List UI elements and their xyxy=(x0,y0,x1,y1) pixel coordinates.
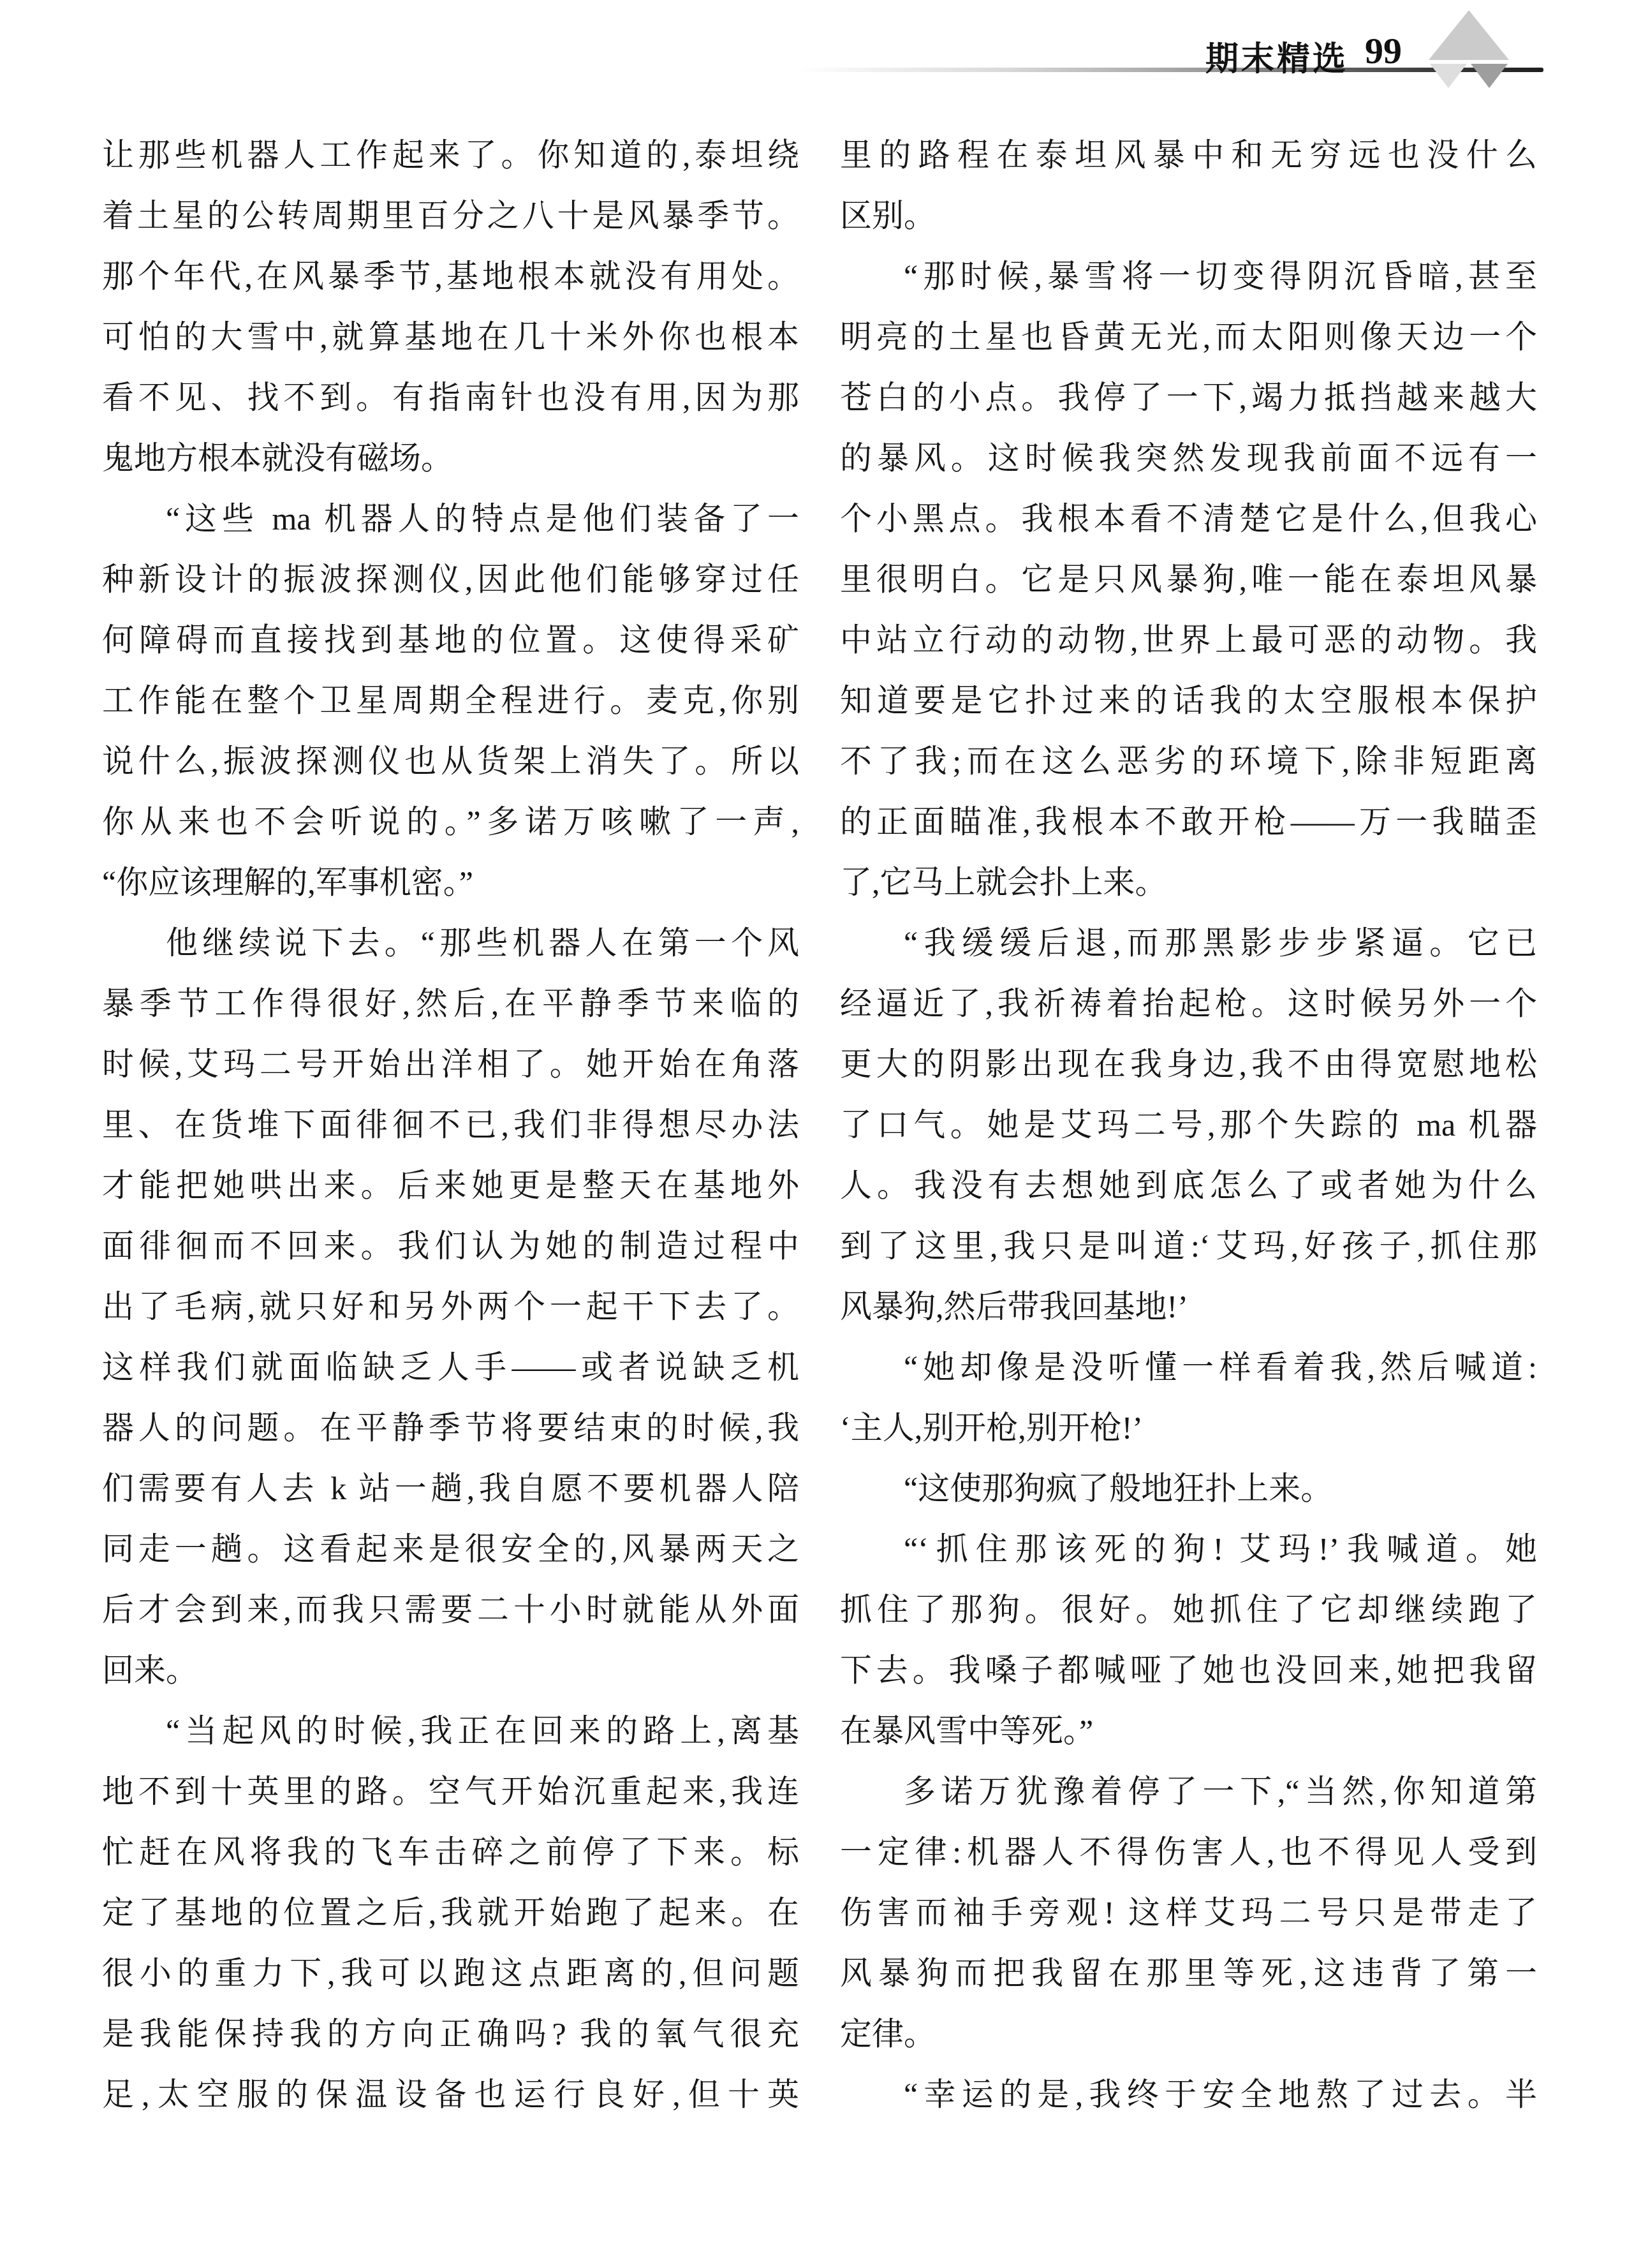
text-line: 你从来也不会听说的。”多诺万咳嗽了一声, xyxy=(102,792,799,852)
text-line: 经逼近了,我祈祷着抬起枪。这时候另外一个 xyxy=(840,974,1537,1034)
text-line: 那个年代,在风暴季节,基地根本就没有用处。 xyxy=(102,246,799,307)
text-line: 这样我们就面临缺乏人手——或者说缺乏机 xyxy=(102,1337,799,1398)
paragraph: “当起风的时候,我正在回来的路上,离基地不到十英里的路。空气开始沉重起来,我连忙… xyxy=(102,1701,799,2125)
text-line: 器人的问题。在平静季节将要结束的时候,我 xyxy=(102,1398,799,1458)
text-line: 鬼地方根本就没有磁场。 xyxy=(102,428,799,489)
text-line: 了口气。她是艾玛二号,那个失踪的 ma 机器 xyxy=(840,1095,1537,1155)
text-line: 暴季节工作得很好,然后,在平静季节来临的 xyxy=(102,974,799,1034)
text-line: 让那些机器人工作起来了。你知道的,泰坦绕 xyxy=(102,125,799,186)
text-line: 中站立行动的动物,世界上最可恶的动物。我 xyxy=(840,610,1537,671)
text-line: 出了毛病,就只好和另外两个一起干下去了。 xyxy=(102,1277,799,1337)
text-line: 里很明白。它是只风暴狗,唯一能在泰坦风暴 xyxy=(840,549,1537,610)
text-line: 地不到十英里的路。空气开始沉重起来,我连 xyxy=(102,1761,799,1822)
text-line: 足,太空服的保温设备也运行良好,但十英 xyxy=(102,2064,799,2125)
text-line: 风暴狗,然后带我回基地!’ xyxy=(840,1277,1537,1337)
page-number: 99 xyxy=(1365,29,1402,72)
text-line: 可怕的大雪中,就算基地在几十米外你也根本 xyxy=(102,307,799,367)
text-line: 他继续说下去。“那些机器人在第一个风 xyxy=(102,913,799,974)
text-line: ‘主人,别开枪,别开枪!’ xyxy=(840,1398,1537,1458)
text-line: 知道要是它扑过来的话我的太空服根本保护 xyxy=(840,671,1537,731)
text-line: 工作能在整个卫星周期全程进行。麦克,你别 xyxy=(102,671,799,731)
text-line: 明亮的土星也昏黄无光,而太阳则像天边一个 xyxy=(840,307,1537,367)
text-column-right: 里的路程在泰坦风暴中和无穷远也没什么区别。“那时候,暴雪将一切变得阴沉昏暗,甚至… xyxy=(840,125,1537,2125)
text-line: 个小黑点。我根本看不清楚它是什么,但我心 xyxy=(840,489,1537,549)
text-line: 定了基地的位置之后,我就开始跑了起来。在 xyxy=(102,1883,799,1943)
text-line: “‘抓住那该死的狗! 艾玛!’我喊道。她 xyxy=(840,1519,1537,1580)
header-section-title: 期末精选 xyxy=(1205,32,1348,80)
text-line: 们需要有人去 k 站一趟,我自愿不要机器人陪 xyxy=(102,1458,799,1519)
text-line: 里、在货堆下面徘徊不已,我们非得想尽办法 xyxy=(102,1095,799,1155)
text-line: 着土星的公转周期里百分之八十是风暴季节。 xyxy=(102,186,799,246)
text-line: 看不见、找不到。有指南针也没有用,因为那 xyxy=(102,367,799,428)
text-line: 更大的阴影出现在我身边,我不由得宽慰地松 xyxy=(840,1034,1537,1095)
text-line: 种新设计的振波探测仪,因此他们能够穿过任 xyxy=(102,549,799,610)
text-line: 是我能保持我的方向正确吗? 我的氧气很充 xyxy=(102,2004,799,2064)
text-line: “这使那狗疯了般地狂扑上来。 xyxy=(840,1458,1537,1519)
text-line: 很小的重力下,我可以跑这点距离的,但问题 xyxy=(102,1943,799,2004)
text-line: 时候,艾玛二号开始出洋相了。她开始在角落 xyxy=(102,1034,799,1095)
text-line: 同走一趟。这看起来是很安全的,风暴两天之 xyxy=(102,1519,799,1580)
paragraph: “她却像是没听懂一样看着我,然后喊道:‘主人,别开枪,别开枪!’ xyxy=(840,1337,1537,1458)
text-line: 定律。 xyxy=(840,2004,1537,2064)
paragraph: “这使那狗疯了般地狂扑上来。 xyxy=(840,1458,1537,1519)
text-line: 苍白的小点。我停了一下,竭力抵挡越来越大 xyxy=(840,367,1537,428)
text-line: 下去。我嗓子都喊哑了她也没回来,她把我留 xyxy=(840,1640,1537,1701)
text-line: “这些 ma 机器人的特点是他们装备了一 xyxy=(102,489,799,549)
text-line: 何障碍而直接找到基地的位置。这使得采矿 xyxy=(102,610,799,671)
text-line: 的暴风。这时候我突然发现我前面不远有一 xyxy=(840,428,1537,489)
text-line: “我缓缓后退,而那黑影步步紧逼。它已 xyxy=(840,913,1537,974)
text-line: 一定律:机器人不得伤害人,也不得见人受到 xyxy=(840,1822,1537,1883)
text-line: “当起风的时候,我正在回来的路上,离基 xyxy=(102,1701,799,1761)
text-line: 不了我;而在这么恶劣的环境下,除非短距离 xyxy=(840,731,1537,792)
text-line: 到了这里,我只是叫道:‘艾玛,好孩子,抓住那 xyxy=(840,1216,1537,1277)
paragraph: “幸运的是,我终于安全地熬了过去。半 xyxy=(840,2064,1537,2125)
text-line: “你应该理解的,军事机密。” xyxy=(102,852,799,913)
paragraph: “这些 ma 机器人的特点是他们装备了一种新设计的振波探测仪,因此他们能够穿过任… xyxy=(102,489,799,913)
text-line: 回来。 xyxy=(102,1640,799,1701)
paragraph: 多诺万犹豫着停了一下,“当然,你知道第一定律:机器人不得伤害人,也不得见人受到伤… xyxy=(840,1761,1537,2064)
document-page: 期末精选 99 让那些机器人工作起来了。你知道的,泰坦绕着土星的公转周期里百分之… xyxy=(0,0,1627,2268)
text-line: “那时候,暴雪将一切变得阴沉昏暗,甚至 xyxy=(840,246,1537,307)
text-line: 人。我没有去想她到底怎么了或者她为什么 xyxy=(840,1155,1537,1216)
text-line: 风暴狗而把我留在那里等死,这违背了第一 xyxy=(840,1943,1537,2004)
paragraph: “我缓缓后退,而那黑影步步紧逼。它已经逼近了,我祈祷着抬起枪。这时候另外一个更大… xyxy=(840,913,1537,1337)
corner-triangles-icon xyxy=(1427,9,1510,89)
text-line: “幸运的是,我终于安全地熬了过去。半 xyxy=(840,2064,1537,2125)
text-line: 伤害而袖手旁观! 这样艾玛二号只是带走了 xyxy=(840,1883,1537,1943)
text-line: 多诺万犹豫着停了一下,“当然,你知道第 xyxy=(840,1761,1537,1822)
text-line: 在暴风雪中等死。” xyxy=(840,1701,1537,1761)
paragraph: “‘抓住那该死的狗! 艾玛!’我喊道。她抓住了那狗。很好。她抓住了它却继续跑了下… xyxy=(840,1519,1537,1761)
paragraph: 他继续说下去。“那些机器人在第一个风暴季节工作得很好,然后,在平静季节来临的时候… xyxy=(102,913,799,1701)
text-line: 区别。 xyxy=(840,186,1537,246)
text-line: 里的路程在泰坦风暴中和无穷远也没什么 xyxy=(840,125,1537,186)
paragraph: “那时候,暴雪将一切变得阴沉昏暗,甚至明亮的土星也昏黄无光,而太阳则像天边一个苍… xyxy=(840,246,1537,913)
text-line: 抓住了那狗。很好。她抓住了它却继续跑了 xyxy=(840,1580,1537,1640)
text-line: 忙赶在风将我的飞车击碎之前停了下来。标 xyxy=(102,1822,799,1883)
text-line: “她却像是没听懂一样看着我,然后喊道: xyxy=(840,1337,1537,1398)
text-line: 的正面瞄准,我根本不敢开枪——万一我瞄歪 xyxy=(840,792,1537,852)
text-column-left: 让那些机器人工作起来了。你知道的,泰坦绕着土星的公转周期里百分之八十是风暴季节。… xyxy=(102,125,799,2125)
text-line: 了,它马上就会扑上来。 xyxy=(840,852,1537,913)
text-line: 说什么,振波探测仪也从货架上消失了。所以 xyxy=(102,731,799,792)
text-line: 面徘徊而不回来。我们认为她的制造过程中 xyxy=(102,1216,799,1277)
text-body: 让那些机器人工作起来了。你知道的,泰坦绕着土星的公转周期里百分之八十是风暴季节。… xyxy=(102,125,1537,2125)
text-line: 才能把她哄出来。后来她更是整天在基地外 xyxy=(102,1155,799,1216)
paragraph: 让那些机器人工作起来了。你知道的,泰坦绕着土星的公转周期里百分之八十是风暴季节。… xyxy=(102,125,799,489)
paragraph: 里的路程在泰坦风暴中和无穷远也没什么区别。 xyxy=(840,125,1537,246)
text-line: 后才会到来,而我只需要二十小时就能从外面 xyxy=(102,1580,799,1640)
